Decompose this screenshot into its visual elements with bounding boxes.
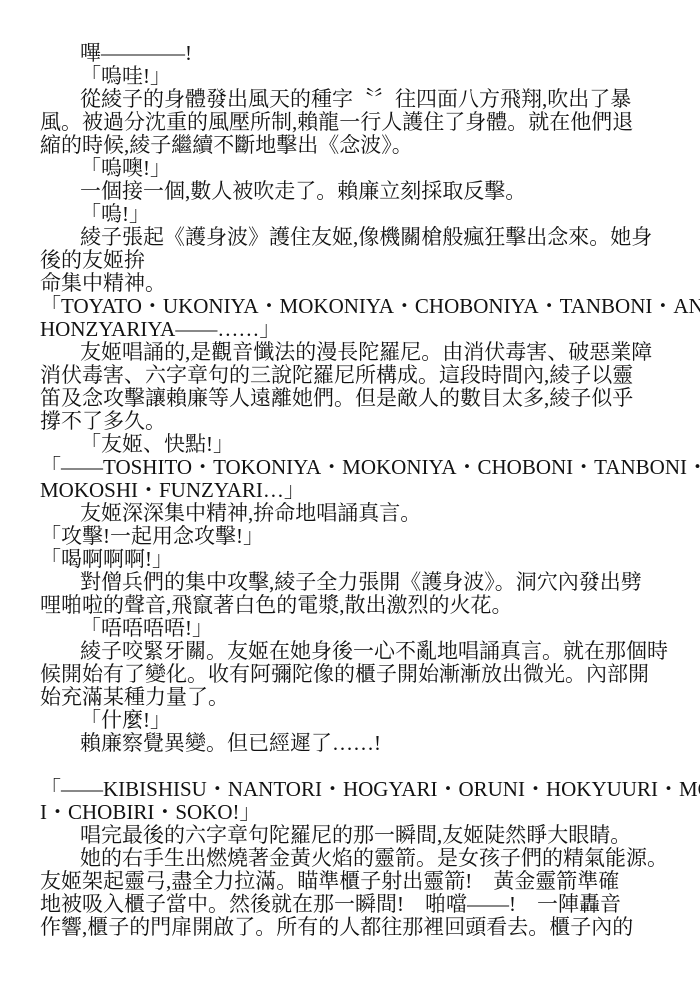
text-line: 笛及念攻擊讓賴廉等人遠離她們。但是敵人的數目太多,綾子似乎 bbox=[40, 387, 664, 410]
novel-page: 嗶————!「嗚哇!」從綾子的身體發出風天的種字〝〞往四面八方飛翔,吹出了暴風。… bbox=[0, 0, 700, 993]
novel-text-block: 嗶————!「嗚哇!」從綾子的身體發出風天的種字〝〞往四面八方飛翔,吹出了暴風。… bbox=[40, 42, 664, 939]
text-line: 撐不了多久。 bbox=[40, 410, 664, 433]
text-line: 友姬唱誦的,是觀音懺法的漫長陀羅尼。由消伏毒害、破惡業障 bbox=[40, 341, 664, 364]
text-line: 她的右手生出燃燒著金黃火焰的靈箭。是女孩子們的精氣能源。 bbox=[40, 847, 664, 870]
text-line: 「——TOSHITO・TOKONIYA・MOKONIYA・CHOBONI・TAN… bbox=[40, 456, 664, 479]
text-line: 一個接一個,數人被吹走了。賴廉立刻採取反擊。 bbox=[40, 180, 664, 203]
text-line: 「嗚哇!」 bbox=[40, 65, 664, 88]
text-line: 「友姬、快點!」 bbox=[40, 433, 664, 456]
text-line: 始充滿某種力量了。 bbox=[40, 686, 664, 709]
text-line: 綾子咬緊牙關。友姬在她身後一心不亂地唱誦真言。就在那個時 bbox=[40, 640, 664, 663]
text-line: 後的友姬拚 bbox=[40, 249, 664, 272]
text-line: 友姬深深集中精神,拚命地唱誦真言。 bbox=[40, 502, 664, 525]
text-line: 賴廉察覺異變。但已經遲了……! bbox=[40, 732, 664, 755]
text-line: 作響,櫃子的門扉開啟了。所有的人都往那裡回頭看去。櫃子內的 bbox=[40, 916, 664, 939]
text-line: 「什麼!」 bbox=[40, 709, 664, 732]
text-line: 哩啪啦的聲音,飛竄著白色的電漿,散出激烈的火花。 bbox=[40, 594, 664, 617]
text-line: 「TOYATO・UKONIYA・MOKONIYA・CHOBONIYA・TANBO… bbox=[40, 295, 664, 318]
text-line: MOKOSHI・FUNZYARI…」 bbox=[40, 479, 664, 502]
text-line: 「——KIBISHISU・NANTORI・HOGYARI・ORUNI・HOKYU… bbox=[40, 778, 664, 801]
text-line: 從綾子的身體發出風天的種字〝〞往四面八方飛翔,吹出了暴 bbox=[40, 88, 664, 111]
text-line: 綾子張起《護身波》護住友姬,像機關槍般瘋狂擊出念來。她身 bbox=[40, 226, 664, 249]
text-line: 「嗚噢!」 bbox=[40, 157, 664, 180]
text-line: 「嗚!」 bbox=[40, 203, 664, 226]
text-line: 消伏毒害、六字章句的三說陀羅尼所構成。這段時間內,綾子以靈 bbox=[40, 364, 664, 387]
text-line: 地被吸入櫃子當中。然後就在那一瞬間! 啪噹——! 一陣轟音 bbox=[40, 893, 664, 916]
text-line: 嗶————! bbox=[40, 42, 664, 65]
text-line: 候開始有了變化。收有阿彌陀像的櫃子開始漸漸放出微光。內部開 bbox=[40, 663, 664, 686]
text-line: 「喝啊啊啊!」 bbox=[40, 548, 664, 571]
text-line bbox=[40, 755, 664, 778]
text-line: 唱完最後的六字章句陀羅尼的那一瞬間,友姬陡然睜大眼睛。 bbox=[40, 824, 664, 847]
text-line: 縮的時候,綾子繼續不斷地擊出《念波》。 bbox=[40, 134, 664, 157]
text-line: 命集中精神。 bbox=[40, 272, 664, 295]
text-line: 「攻擊!一起用念攻擊!」 bbox=[40, 525, 664, 548]
text-line: 風。被過分沈重的風壓所制,賴龍一行人護住了身體。就在他們退 bbox=[40, 111, 664, 134]
text-line: HONZYARIYA——……」 bbox=[40, 318, 664, 341]
text-line: 對僧兵們的集中攻擊,綾子全力張開《護身波》。洞穴內發出劈 bbox=[40, 571, 664, 594]
text-line: I・CHOBIRI・SOKO!」 bbox=[40, 801, 664, 824]
text-line: 「唔唔唔唔!」 bbox=[40, 617, 664, 640]
text-line: 友姬架起靈弓,盡全力拉滿。瞄準櫃子射出靈箭! 黃金靈箭準確 bbox=[40, 870, 664, 893]
